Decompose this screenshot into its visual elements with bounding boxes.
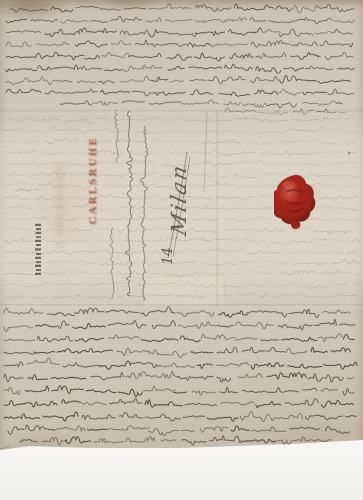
transit-postmark [31,218,43,276]
letter-scan: CARLSRUHE CARLSRUHE Milan 14 [0,0,363,500]
crease-line [204,112,207,192]
fold-crease-bottom [0,304,363,309]
wax-seal-icon [274,174,318,236]
paper-edge-nick [0,446,10,449]
ink-speck [353,209,355,211]
paper-top-edge-shade [0,0,363,9]
fold-crease-vertical [216,110,220,308]
ink-speck [348,152,350,154]
fold-crease-top [0,110,363,115]
transit-postmark-marks [32,218,44,276]
carlsruhe-postmark: CARLSRUHE [88,125,104,235]
ink-speck [324,239,326,241]
wax-seal [274,174,318,236]
postal-rate-mark: 14 [160,241,180,271]
